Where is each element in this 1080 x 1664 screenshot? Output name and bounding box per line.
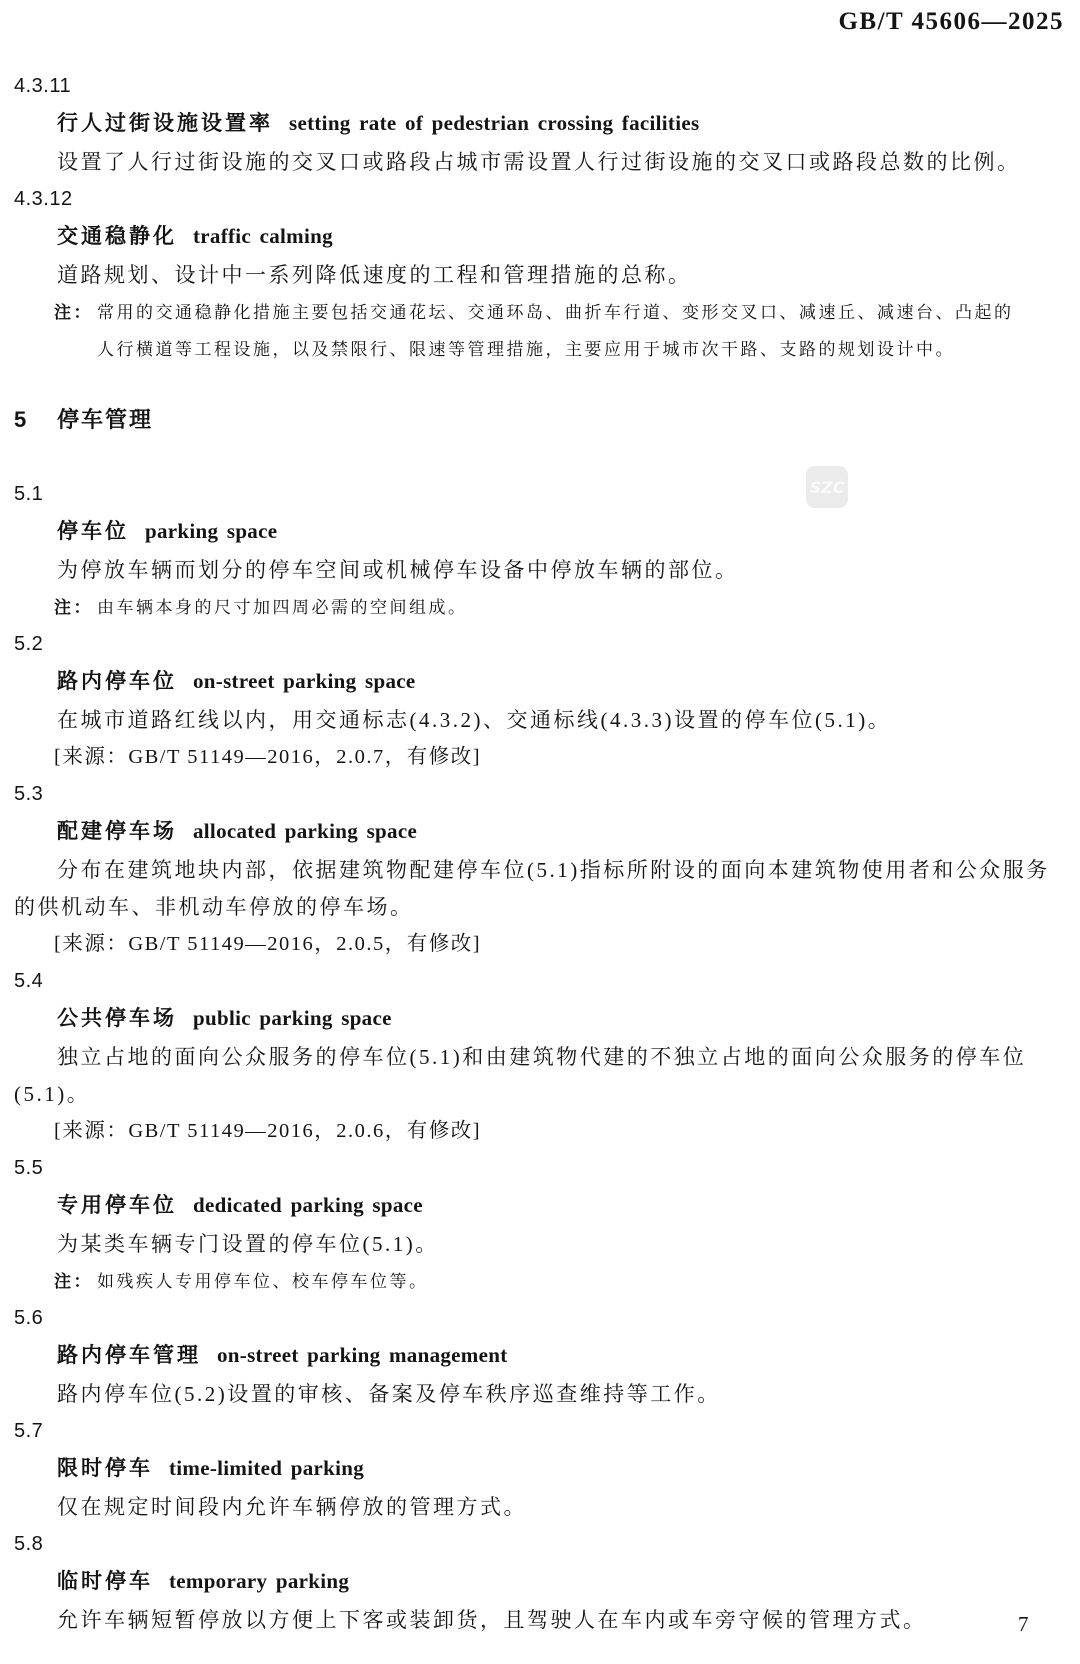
term-en: time-limited parking: [169, 1456, 364, 1480]
doc-code-header: GB/T 45606—2025: [838, 8, 1064, 36]
term-entry: 5.2路内停车位on-street parking space在城市道路红线以内…: [14, 626, 1058, 776]
term-definition: 为停放车辆而划分的停车空间或机械停车设备中停放车辆的部位。: [14, 552, 1058, 589]
term-zh: 专用停车位: [57, 1194, 177, 1217]
term-heading: 专用停车位dedicated parking space: [14, 1187, 1058, 1226]
term-heading: 行人过街设施设置率setting rate of pedestrian cros…: [14, 105, 1058, 144]
term-en: allocated parking space: [193, 819, 417, 843]
term-source: [来源：GB/T 51149—2016，2.0.7，有修改]: [14, 739, 1058, 776]
term-en: traffic calming: [193, 224, 333, 248]
term-entry: 5.1停车位parking space为停放车辆而划分的停车空间或机械停车设备中…: [14, 476, 1058, 626]
section-number: 5.2: [14, 626, 1058, 663]
chapter-heading: 5停车管理: [14, 401, 1058, 438]
term-definition: 设置了人行过街设施的交叉口或路段占城市需设置人行过街设施的交叉口或路段总数的比例…: [14, 144, 1058, 181]
term-heading: 交通稳静化traffic calming: [14, 218, 1058, 257]
term-source: [来源：GB/T 51149—2016，2.0.6，有修改]: [14, 1113, 1058, 1150]
term-en: parking space: [145, 519, 277, 543]
term-en: public parking space: [193, 1006, 392, 1030]
term-note: 注：常用的交通稳静化措施主要包括交通花坛、交通环岛、曲折车行道、变形交叉口、减速…: [14, 294, 1058, 368]
term-definition: 独立占地的面向公众服务的停车位(5.1)和由建筑物代建的不独立占地的面向公众服务…: [14, 1039, 1058, 1113]
term-zh: 公共停车场: [57, 1007, 177, 1030]
term-definition: 道路规划、设计中一系列降低速度的工程和管理措施的总称。: [14, 257, 1058, 294]
term-zh: 行人过街设施设置率: [57, 112, 273, 135]
section-number: 5.7: [14, 1413, 1058, 1450]
note-text: 由车辆本身的尺寸加四周必需的空间组成。: [97, 589, 468, 626]
term-entry: 5.4公共停车场public parking space独立占地的面向公众服务的…: [14, 963, 1058, 1150]
section-number: 5.6: [14, 1300, 1058, 1337]
note-label: 注：: [54, 1263, 93, 1300]
term-zh: 停车位: [57, 520, 129, 543]
term-en: dedicated parking space: [193, 1193, 423, 1217]
chapter-number: 5: [14, 401, 57, 438]
term-heading: 公共停车场public parking space: [14, 1000, 1058, 1039]
term-en: on-street parking management: [217, 1343, 508, 1367]
section-number: 4.3.11: [14, 68, 1058, 105]
term-source: [来源：GB/T 51149—2016，2.0.5，有修改]: [14, 926, 1058, 963]
term-zh: 配建停车场: [57, 820, 177, 843]
term-definition: 允许车辆短暂停放以方便上下客或装卸货，且驾驶人在车内或车旁守候的管理方式。: [14, 1602, 1058, 1639]
term-heading: 停车位parking space: [14, 513, 1058, 552]
term-en: on-street parking space: [193, 669, 416, 693]
content: 4.3.11行人过街设施设置率setting rate of pedestria…: [14, 68, 1058, 1639]
term-heading: 路内停车位on-street parking space: [14, 663, 1058, 702]
term-note: 注：如残疾人专用停车位、校车停车位等。: [14, 1263, 1058, 1300]
term-entry: 5.6路内停车管理on-street parking management路内停…: [14, 1300, 1058, 1413]
term-entry: 5.3配建停车场allocated parking space分布在建筑地块内部…: [14, 776, 1058, 963]
term-definition: 分布在建筑地块内部，依据建筑物配建停车位(5.1)指标所附设的面向本建筑物使用者…: [14, 852, 1058, 926]
section-number: 5.3: [14, 776, 1058, 813]
note-text: 常用的交通稳静化措施主要包括交通花坛、交通环岛、曲折车行道、变形交叉口、减速丘、…: [97, 294, 1022, 368]
term-entry: 4.3.11行人过街设施设置率setting rate of pedestria…: [14, 68, 1058, 181]
term-definition: 为某类车辆专门设置的停车位(5.1)。: [14, 1226, 1058, 1263]
term-note: 注：由车辆本身的尺寸加四周必需的空间组成。: [14, 589, 1058, 626]
term-entry: 4.3.12交通稳静化traffic calming道路规划、设计中一系列降低速…: [14, 181, 1058, 368]
page-number: 7: [1018, 1612, 1029, 1637]
term-heading: 临时停车temporary parking: [14, 1563, 1058, 1602]
term-en: temporary parking: [169, 1569, 349, 1593]
term-zh: 路内停车管理: [57, 1344, 201, 1367]
chapter-title: 停车管理: [57, 407, 153, 432]
note-label: 注：: [54, 294, 93, 368]
term-definition: 路内停车位(5.2)设置的审核、备案及停车秩序巡查维持等工作。: [14, 1376, 1058, 1413]
term-entry: 5.7限时停车time-limited parking仅在规定时间段内允许车辆停…: [14, 1413, 1058, 1526]
section-number: 4.3.12: [14, 181, 1058, 218]
section-number: 5.8: [14, 1526, 1058, 1563]
note-label: 注：: [54, 589, 93, 626]
term-entry: 5.5专用停车位dedicated parking space为某类车辆专门设置…: [14, 1150, 1058, 1300]
section-number: 5.1: [14, 476, 1058, 513]
term-zh: 临时停车: [57, 1570, 153, 1593]
term-definition: 仅在规定时间段内允许车辆停放的管理方式。: [14, 1489, 1058, 1526]
section-number: 5.4: [14, 963, 1058, 1000]
term-heading: 限时停车time-limited parking: [14, 1450, 1058, 1489]
term-heading: 配建停车场allocated parking space: [14, 813, 1058, 852]
term-heading: 路内停车管理on-street parking management: [14, 1337, 1058, 1376]
term-definition: 在城市道路红线以内，用交通标志(4.3.2)、交通标线(4.3.3)设置的停车位…: [14, 702, 1058, 739]
term-zh: 路内停车位: [57, 670, 177, 693]
term-en: setting rate of pedestrian crossing faci…: [289, 111, 699, 135]
term-entry: 5.8临时停车temporary parking允许车辆短暂停放以方便上下客或装…: [14, 1526, 1058, 1639]
note-text: 如残疾人专用停车位、校车停车位等。: [97, 1263, 429, 1300]
term-zh: 限时停车: [57, 1457, 153, 1480]
term-zh: 交通稳静化: [57, 225, 177, 248]
section-number: 5.5: [14, 1150, 1058, 1187]
